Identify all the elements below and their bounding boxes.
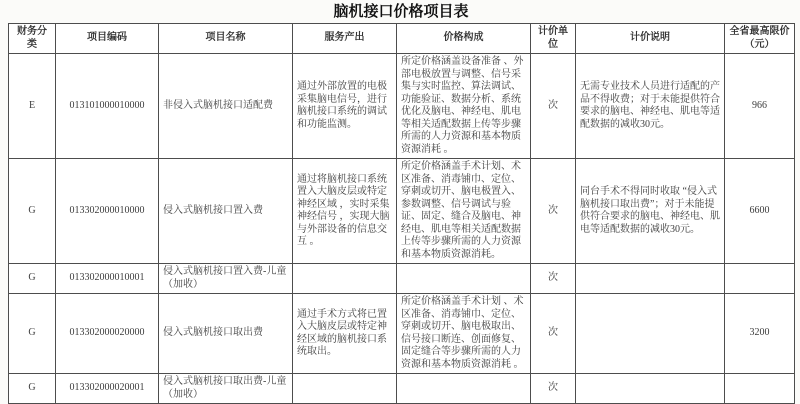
cell-pricing-unit: 次 bbox=[531, 159, 576, 264]
cell-price-composition: 所定价格涵盖手术计划、术区准备、消毒铺巾、定位、穿刺或切开、脑电极置入、参数调整… bbox=[397, 159, 531, 264]
cell-max-price bbox=[725, 374, 795, 404]
cell-financial-category: G bbox=[9, 159, 56, 264]
table-row: G 013302000010001 侵入式脑机接口置入费-儿童（加收） 次 bbox=[9, 264, 795, 294]
cell-service-output bbox=[293, 264, 397, 294]
cell-project-name: 侵入式脑机接口置入费 bbox=[159, 159, 293, 264]
table-row: G 013302000010000 侵入式脑机接口置入费 通过将脑机接口系统置入… bbox=[9, 159, 795, 264]
cell-project-code: 013302000010000 bbox=[56, 159, 159, 264]
cell-service-output: 通过将脑机接口系统置入大脑皮层或特定神经区域 ，实时采集神经信号 ，实现大脑与外… bbox=[293, 159, 397, 264]
cell-project-code: 013101000010000 bbox=[56, 54, 159, 159]
table-header-row: 财务分类 项目编码 项目名称 服务产出 价格构成 计价单位 计价说明 全省最高限… bbox=[9, 24, 795, 54]
cell-pricing-unit: 次 bbox=[531, 294, 576, 374]
cell-project-code: 013302000010001 bbox=[56, 264, 159, 294]
header-max-price: 全省最高限价（元） bbox=[725, 24, 795, 54]
cell-financial-category: G bbox=[9, 294, 56, 374]
cell-pricing-unit: 次 bbox=[531, 264, 576, 294]
header-pricing-note: 计价说明 bbox=[576, 24, 725, 54]
document-sheet: 脑机接口价格项目表 财务分类 项目编码 项目名称 服务产出 价格构成 计价单位 … bbox=[0, 0, 800, 404]
page-title: 脑机接口价格项目表 bbox=[8, 3, 794, 21]
header-project-name: 项目名称 bbox=[159, 24, 293, 54]
header-service-output: 服务产出 bbox=[293, 24, 397, 54]
cell-price-composition: 所定价格涵盖设备准备 、外部电极放置与调整、信号采集与实时监控、算法调试、功能验… bbox=[397, 54, 531, 159]
cell-financial-category: G bbox=[9, 264, 56, 294]
cell-project-code: 013302000020000 bbox=[56, 294, 159, 374]
cell-financial-category: E bbox=[9, 54, 56, 159]
cell-service-output: 通过外部放置的电极采集脑电信号，进行脑机接口系统的调试和功能监测。 bbox=[293, 54, 397, 159]
cell-pricing-note: 无需专业技术人员进行适配的产品不得收费；对于未能提供符合要求的脑电、神经电、肌电… bbox=[576, 54, 725, 159]
cell-service-output: 通过手术方式将已置入大脑皮层或特定神经区域的脑机接口系统取出。 bbox=[293, 294, 397, 374]
cell-pricing-note bbox=[576, 374, 725, 404]
cell-pricing-note: 同台手术不得同时收取 “侵入式脑机接口取出费”；对于未能提供符合要求的脑电、神经… bbox=[576, 159, 725, 264]
cell-financial-category: G bbox=[9, 374, 56, 404]
cell-pricing-unit: 次 bbox=[531, 54, 576, 159]
cell-max-price bbox=[725, 264, 795, 294]
header-financial-category: 财务分类 bbox=[9, 24, 56, 54]
cell-pricing-unit: 次 bbox=[531, 374, 576, 404]
cell-max-price: 3200 bbox=[725, 294, 795, 374]
cell-price-composition: 所定价格涵盖手术计划 、术区准备、消毒铺巾、定位、穿刺或切开、脑电极取出、信号接… bbox=[397, 294, 531, 374]
cell-project-name: 侵入式脑机接口置入费-儿童（加收） bbox=[159, 264, 293, 294]
price-table: 财务分类 项目编码 项目名称 服务产出 价格构成 计价单位 计价说明 全省最高限… bbox=[8, 23, 795, 404]
cell-pricing-note bbox=[576, 294, 725, 374]
cell-price-composition bbox=[397, 264, 531, 294]
cell-pricing-note bbox=[576, 264, 725, 294]
cell-project-name: 侵入式脑机接口取出费-儿童（加收） bbox=[159, 374, 293, 404]
table-row: G 013302000020000 侵入式脑机接口取出费 通过手术方式将已置入大… bbox=[9, 294, 795, 374]
table-row: G 013302000020001 侵入式脑机接口取出费-儿童（加收） 次 bbox=[9, 374, 795, 404]
cell-price-composition bbox=[397, 374, 531, 404]
cell-project-name: 非侵入式脑机接口适配费 bbox=[159, 54, 293, 159]
cell-service-output bbox=[293, 374, 397, 404]
header-price-composition: 价格构成 bbox=[397, 24, 531, 54]
cell-max-price: 6600 bbox=[725, 159, 795, 264]
cell-project-code: 013302000020001 bbox=[56, 374, 159, 404]
cell-max-price: 966 bbox=[725, 54, 795, 159]
header-project-code: 项目编码 bbox=[56, 24, 159, 54]
header-pricing-unit: 计价单位 bbox=[531, 24, 576, 54]
cell-project-name: 侵入式脑机接口取出费 bbox=[159, 294, 293, 374]
table-row: E 013101000010000 非侵入式脑机接口适配费 通过外部放置的电极采… bbox=[9, 54, 795, 159]
